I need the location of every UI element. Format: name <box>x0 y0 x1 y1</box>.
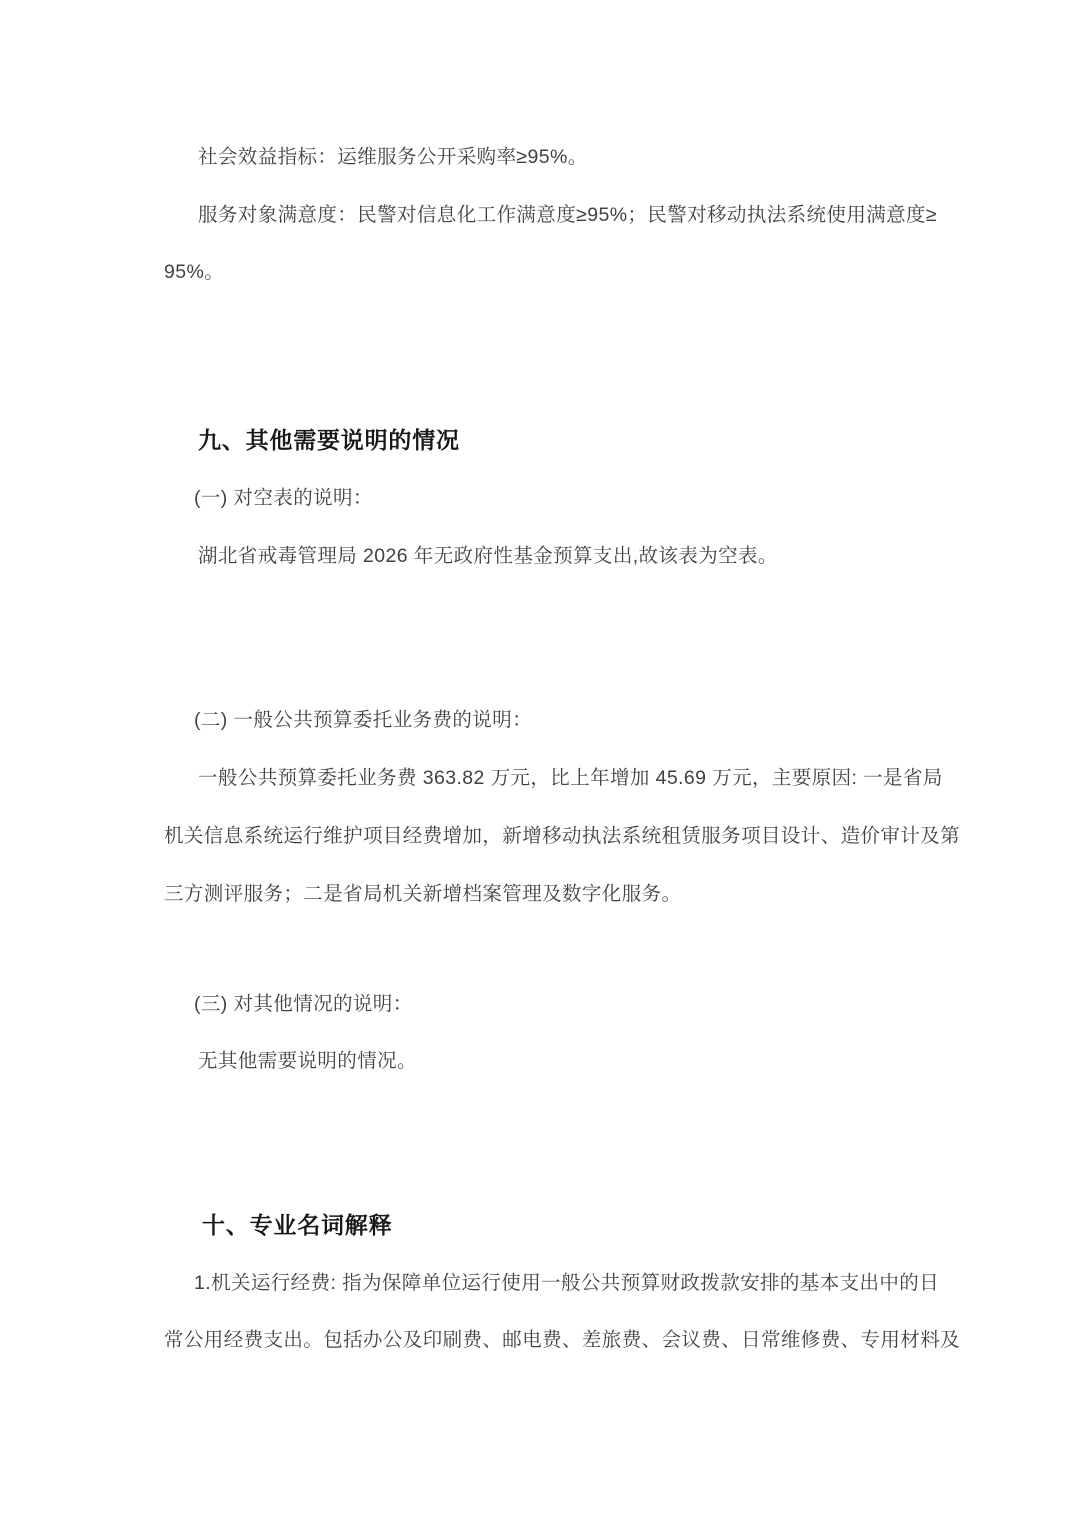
item-two-body-line1: 一般公共预算委托业务费 363.82 万元，比上年增加 45.69 万元，主要原… <box>198 765 943 791</box>
paragraph-service-satisfaction-line2: 95%。 <box>164 259 224 285</box>
item-two-body-line2: 机关信息系统运行维护项目经费增加，新增移动执法系统租赁服务项目设计、造价审计及第 <box>164 823 960 849</box>
item-one-title: (一) 对空表的说明： <box>194 485 373 511</box>
term-one-line1: 1.机关运行经费: 指为保障单位运行使用一般公共预算财政拨款安排的基本支出中的日 <box>194 1270 939 1296</box>
paragraph-service-satisfaction-line1: 服务对象满意度：民警对信息化工作满意度≥95%；民警对移动执法系统使用满意度≥ <box>198 202 937 228</box>
item-three-body: 无其他需要说明的情况。 <box>198 1048 417 1074</box>
item-two-title: (二) 一般公共预算委托业务费的说明： <box>194 707 532 733</box>
item-two-body-line3: 三方测评服务；二是省局机关新增档案管理及数字化服务。 <box>164 881 681 907</box>
term-one-line2: 常公用经费支出。包括办公及印刷费、邮电费、差旅费、会议费、日常维修费、专用材料及 <box>164 1327 960 1353</box>
item-one-body: 湖北省戒毒管理局 2026 年无政府性基金预算支出,故该表为空表。 <box>198 543 778 569</box>
section-heading-ten: 十、专业名词解释 <box>202 1210 392 1240</box>
document-page: 社会效益指标：运维服务公开采购率≥95%。 服务对象满意度：民警对信息化工作满意… <box>0 0 1074 1520</box>
paragraph-social-benefit-indicator: 社会效益指标：运维服务公开采购率≥95%。 <box>198 144 588 170</box>
section-heading-nine: 九、其他需要说明的情况 <box>198 425 460 455</box>
item-three-title: (三) 对其他情况的说明： <box>194 991 413 1017</box>
